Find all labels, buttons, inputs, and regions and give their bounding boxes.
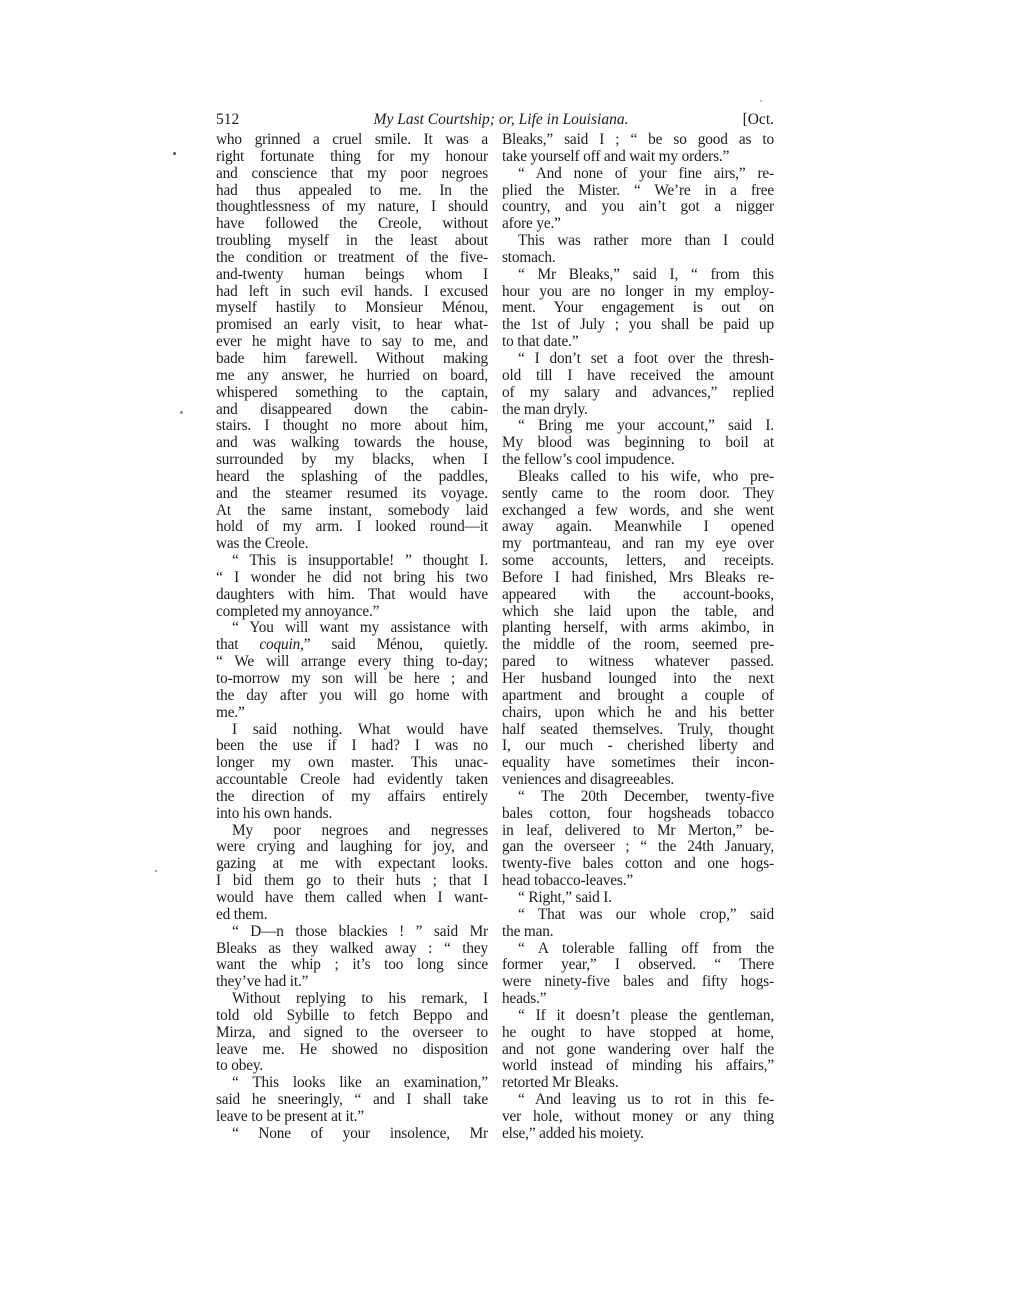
text-line: the 1st of July ; you shall be paid up [502, 317, 774, 334]
text-line: stomach. [502, 250, 774, 267]
text-line: the day after you will go home with [216, 688, 488, 705]
text-line: my portmanteau, and ran my eye over [502, 536, 774, 553]
text-line: “ And leaving us to rot in this fe- [502, 1092, 774, 1109]
text-line: have followed the Creole, without [216, 216, 488, 233]
text-line: veniences and disagreeables. [502, 772, 774, 789]
text-line: ever he might have to say to me, and [216, 334, 488, 351]
text-line: “ Mr Bleaks,” said I, “ from this [502, 267, 774, 284]
text-line: “ We will arrange every thing to-day; [216, 654, 488, 671]
text-line: been the use if I had? I was no [216, 738, 488, 755]
text-line: bade him farewell. Without making [216, 351, 488, 368]
text-line: and was walking towards the house, [216, 435, 488, 452]
running-title: My Last Courtship; or, Life in Louisiana… [216, 110, 774, 130]
text-line: heard the splashing of the paddles, [216, 469, 488, 486]
text-line: were ninety-five bales and fifty hogs- [502, 974, 774, 991]
text-line: myself hastily to Monsieur Ménou, [216, 300, 488, 317]
text-line: half seated themselves. Truly, thought [502, 722, 774, 739]
issue-month: [Oct. [743, 110, 774, 130]
text-line: “ This looks like an examination,” [216, 1075, 488, 1092]
text-line: twenty-five bales cotton and one hogs- [502, 856, 774, 873]
text-line: right fortunate thing for my honour [216, 149, 488, 166]
text-line: accountable Creole had evidently taken [216, 772, 488, 789]
right-text-column: Bleaks,” said I ; “ be so good as totake… [502, 132, 774, 1143]
text-line: Mirza, and signed to the overseer to [216, 1025, 488, 1042]
text-line: that coquin,” said Ménou, quietly. [216, 637, 488, 654]
text-line: who grinned a cruel smile. It was a [216, 132, 488, 149]
text-line: head tobacco-leaves.” [502, 873, 774, 890]
text-line: stairs. I thought no more about him, [216, 418, 488, 435]
scan-speck [760, 100, 762, 102]
text-line: Bleaks,” said I ; “ be so good as to [502, 132, 774, 149]
text-line: sently came to the room door. They [502, 486, 774, 503]
text-line: else,” added his moiety. [502, 1126, 774, 1143]
text-line: away again. Meanwhile I opened [502, 519, 774, 536]
text-line: afore ye.” [502, 216, 774, 233]
text-line: and conscience that my poor negroes [216, 166, 488, 183]
text-line: “ Bring me your account,” said I. [502, 418, 774, 435]
text-line: “ You will want my assistance with [216, 620, 488, 637]
text-line: want the whip ; it’s too long since [216, 957, 488, 974]
text-line: “ The 20th December, twenty-five [502, 789, 774, 806]
text-line: “ D—n those blackies ! ” said Mr [216, 924, 488, 941]
text-line: Her husband lounged into the next [502, 671, 774, 688]
text-line: My poor negroes and negresses [216, 823, 488, 840]
text-line: leave me. He showed no disposition [216, 1042, 488, 1059]
text-line: whispered something to the captain, [216, 385, 488, 402]
text-line: me.” [216, 705, 488, 722]
text-line: would have them called when I want- [216, 890, 488, 907]
text-line: gazing at me with expectant looks. [216, 856, 488, 873]
left-text-column: who grinned a cruel smile. It was aright… [216, 132, 488, 1143]
text-line: gan the overseer ; “ the 24th January, [502, 839, 774, 856]
text-line: Before I had finished, Mrs Bleaks re- [502, 570, 774, 587]
text-line: the direction of my affairs entirely [216, 789, 488, 806]
text-line: old till I have received the amount [502, 368, 774, 385]
text-line: some accounts, letters, and receipts. [502, 553, 774, 570]
text-line: former year,” I observed. “ There [502, 957, 774, 974]
text-line: longer my own master. This unac- [216, 755, 488, 772]
text-line: At the same instant, somebody laid [216, 503, 488, 520]
text-line: pared to witness whatever passed. [502, 654, 774, 671]
text-line: “ I wonder he did not bring his two [216, 570, 488, 587]
text-line: apartment and brought a couple of [502, 688, 774, 705]
text-line: leave to be present at it.” [216, 1109, 488, 1126]
text-line: the fellow’s cool impudence. [502, 452, 774, 469]
text-line: had thus appealed to me. In the [216, 183, 488, 200]
text-line: the man. [502, 924, 774, 941]
text-line: world instead of minding his affairs,” [502, 1058, 774, 1075]
text-line: and not gone wandering over half the [502, 1042, 774, 1059]
text-line: “ None of your insolence, Mr [216, 1126, 488, 1143]
text-line: equality have sometimes their incon- [502, 755, 774, 772]
text-line: I said nothing. What would have [216, 722, 488, 739]
text-line: plied the Mister. “ We’re in a free [502, 183, 774, 200]
text-line: appeared with the account-books, [502, 587, 774, 604]
text-line: daughters with him. That would have [216, 587, 488, 604]
text-line: hour you are no longer in my employ- [502, 284, 774, 301]
text-line: the man dryly. [502, 402, 774, 419]
italic-word: coquin [259, 636, 300, 653]
text-line: was the Creole. [216, 536, 488, 553]
text-line: into his own hands. [216, 806, 488, 823]
text-line: Bleaks called to his wife, who pre- [502, 469, 774, 486]
text-line: of my salary and advances,” replied [502, 385, 774, 402]
text-line: “ I don’t set a foot over the thresh- [502, 351, 774, 368]
text-line: Without replying to his remark, I [216, 991, 488, 1008]
text-line: told old Sybille to fetch Beppo and [216, 1008, 488, 1025]
text-line: hold of my arm. I looked round—it [216, 519, 488, 536]
text-line: troubling myself in the least about [216, 233, 488, 250]
text-line: they’ve had it.” [216, 974, 488, 991]
text-line: to-morrow my son will be here ; and [216, 671, 488, 688]
text-line: to obey. [216, 1058, 488, 1075]
text-line: which she laid upon the table, and [502, 604, 774, 621]
text-line: had left in such evil hands. I excused [216, 284, 488, 301]
text-line: and-twenty human beings whom I [216, 267, 488, 284]
text-line: “ If it doesn’t please the gentleman, [502, 1008, 774, 1025]
text-line: “ A tolerable falling off from the [502, 941, 774, 958]
text-line: This was rather more than I could [502, 233, 774, 250]
running-head: 512 My Last Courtship; or, Life in Louis… [216, 110, 774, 130]
text-line: and the steamer resumed its voyage. [216, 486, 488, 503]
text-line: to that date.” [502, 334, 774, 351]
text-line: said he sneeringly, “ and I shall take [216, 1092, 488, 1109]
text-line: My blood was beginning to boil at [502, 435, 774, 452]
text-line: completed my annoyance.” [216, 604, 488, 621]
text-line: surrounded by my blacks, when I [216, 452, 488, 469]
text-line: exchanged a few words, and she went [502, 503, 774, 520]
text-line: planting herself, with arms akimbo, in [502, 620, 774, 637]
text-line: me any answer, he hurried on board, [216, 368, 488, 385]
text-line: chairs, upon which he and his better [502, 705, 774, 722]
scan-speck [155, 870, 157, 872]
text-line: thoughtlessness of my nature, I should [216, 199, 488, 216]
text-line: the middle of the room, seemed pre- [502, 637, 774, 654]
text-line: he ought to have stopped at home, [502, 1025, 774, 1042]
text-line: promised an early visit, to hear what- [216, 317, 488, 334]
text-line: retorted Mr Bleaks. [502, 1075, 774, 1092]
text-line: take yourself off and wait my orders.” [502, 149, 774, 166]
text-line: “ And none of your fine airs,” re- [502, 166, 774, 183]
text-line: ver hole, without money or any thing [502, 1109, 774, 1126]
text-line: and disappeared down the cabin- [216, 402, 488, 419]
text-line: ed them. [216, 907, 488, 924]
text-line: were crying and laughing for joy, and [216, 839, 488, 856]
text-line: I, our much - cherished liberty and [502, 738, 774, 755]
text-line: bales cotton, four hogsheads tobacco [502, 806, 774, 823]
text-line: the condition or treatment of the five- [216, 250, 488, 267]
text-line: in leaf, delivered to Mr Merton,” be- [502, 823, 774, 840]
text-line: country, and you ain’t got a nigger [502, 199, 774, 216]
scan-speck [180, 411, 183, 414]
scan-speck [173, 152, 176, 155]
text-line: “ This is insupportable! ” thought I. [216, 553, 488, 570]
text-line: heads.” [502, 991, 774, 1008]
text-line: Bleaks as they walked away : “ they [216, 941, 488, 958]
scanned-page: 512 My Last Courtship; or, Life in Louis… [0, 0, 1009, 1304]
text-line: ment. Your engagement is out on [502, 300, 774, 317]
text-line: I bid them go to their huts ; that I [216, 873, 488, 890]
text-line: “ That was our whole crop,” said [502, 907, 774, 924]
text-line: “ Right,” said I. [502, 890, 774, 907]
